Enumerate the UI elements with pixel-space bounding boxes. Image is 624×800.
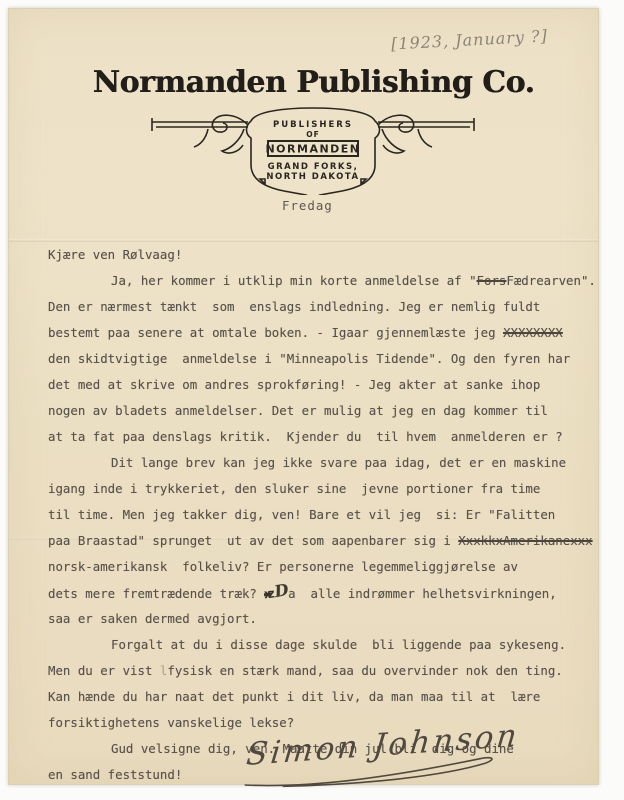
- letter-segment: fysisk en stærk mand, saa du overvinder …: [167, 663, 562, 678]
- letter-segment: Men du er vist: [48, 663, 160, 678]
- normanden-emblem-logo: PUBLISHERS OF NORMANDEN GRAND FORKS, NOR…: [148, 107, 478, 195]
- letter-segment: Den er nærmest tænkt som enslags indledn…: [48, 299, 540, 314]
- emblem-state-label: NORTH DAKOTA: [266, 172, 359, 182]
- letter-segment: nogen av bladets anmeldelser. Det er mul…: [48, 403, 548, 418]
- emblem-city-label: GRAND FORKS,: [268, 162, 359, 172]
- letter-line: den skidtvigtige anmeldelse i "Minneapol…: [48, 346, 586, 372]
- letter-segment-strike: Fors: [477, 273, 507, 288]
- letter-segment: bestemt paa senere at omtale boken. - Ig…: [48, 325, 503, 340]
- letter-body: Kjære ven Rølvaag!Ja, her kommer i utkli…: [48, 242, 586, 788]
- letter-line: Forgalt at du i disse dage skulde bli li…: [48, 632, 586, 658]
- letter-segment: Dit lange brev kan jeg ikke svare paa id…: [111, 455, 566, 470]
- letter-page: [1923, January ?] Normanden Publishing C…: [8, 8, 599, 785]
- letter-line: Ja, her kommer i utklip min korte anmeld…: [48, 268, 586, 294]
- letter-segment: det med at skrive om andres sprokføring!…: [48, 377, 540, 392]
- letter-segment: til time. Men jeg takker dig, ven! Bare …: [48, 507, 555, 522]
- emblem-of-label: OF: [306, 130, 320, 139]
- letter-line: paa Braastad" sprunget ut av det som aap…: [48, 528, 586, 554]
- typed-day-line: Fredag: [282, 198, 333, 213]
- letter-segment: paa Braastad" sprunget ut av det som aap…: [48, 533, 458, 548]
- letter-segment-strike: XXXXXXXX: [503, 325, 563, 340]
- letter-line: saa er saken dermed avgjort.: [48, 606, 586, 632]
- letter-segment-hand: D: [273, 577, 291, 605]
- letter-segment: forsiktighetens vanskelige lekse?: [48, 715, 294, 730]
- letter-segment: norsk-amerikansk folkeliv? Er personerne…: [48, 559, 518, 574]
- letter-line: nogen av bladets anmeldelser. Det er mul…: [48, 398, 586, 424]
- letter-line: at ta fat paa denslags kritik. Kjender d…: [48, 424, 586, 450]
- letter-segment: at ta fat paa denslags kritik. Kjender d…: [48, 429, 563, 444]
- letter-segment: igang inde i trykkeriet, den sluker sine…: [48, 481, 540, 496]
- letter-segment-faint: l: [160, 663, 167, 678]
- letter-segment: Kan hænde du har naat det punkt i dit li…: [48, 689, 540, 704]
- letter-segment: dets mere fremtrædende træk?: [48, 586, 264, 601]
- letter-line: igang inde i trykkeriet, den sluker sine…: [48, 476, 586, 502]
- letter-line: Men du er vist lfysisk en stærk mand, sa…: [48, 658, 586, 684]
- letter-segment-strike: XxxkkxAmerikanexxx: [458, 533, 592, 548]
- letterhead-company-name: Normanden Publishing Co.: [19, 65, 608, 100]
- emblem-publishers-label: PUBLISHERS: [273, 120, 353, 130]
- letter-segment: saa er saken dermed avgjort.: [48, 611, 257, 626]
- letter-line: det med at skrive om andres sprokføring!…: [48, 372, 586, 398]
- letter-line: til time. Men jeg takker dig, ven! Bare …: [48, 502, 586, 528]
- letter-line: Dit lange brev kan jeg ikke svare paa id…: [48, 450, 586, 476]
- letter-line: norsk-amerikansk folkeliv? Er personerne…: [48, 554, 586, 580]
- archival-date-annotation: [1923, January ?]: [391, 24, 602, 54]
- letter-line: Kjære ven Rølvaag!: [48, 242, 586, 268]
- letter-line: dets mere fremtrædende træk? xzDa alle i…: [48, 580, 586, 606]
- letter-segment: Kjære ven Rølvaag!: [48, 247, 182, 262]
- emblem-normanden-label: NORMANDEN: [265, 143, 360, 156]
- letter-segment-scribble: xz: [263, 581, 273, 608]
- letter-segment: Forgalt at du i disse dage skulde bli li…: [111, 637, 566, 652]
- letter-segment: en sand feststund!: [48, 767, 182, 782]
- letter-segment: Ja, her kommer i utklip min korte anmeld…: [111, 273, 477, 288]
- letter-segment: a alle indrømmer helhetsvirkningen,: [288, 586, 557, 601]
- letter-segment: den skidtvigtige anmeldelse i "Minneapol…: [48, 351, 570, 366]
- letter-line: Den er nærmest tænkt som enslags indledn…: [48, 294, 586, 320]
- letter-line: Kan hænde du har naat det punkt i dit li…: [48, 684, 586, 710]
- letter-line: bestemt paa senere at omtale boken. - Ig…: [48, 320, 586, 346]
- letter-segment: Fædrearven".: [506, 273, 596, 288]
